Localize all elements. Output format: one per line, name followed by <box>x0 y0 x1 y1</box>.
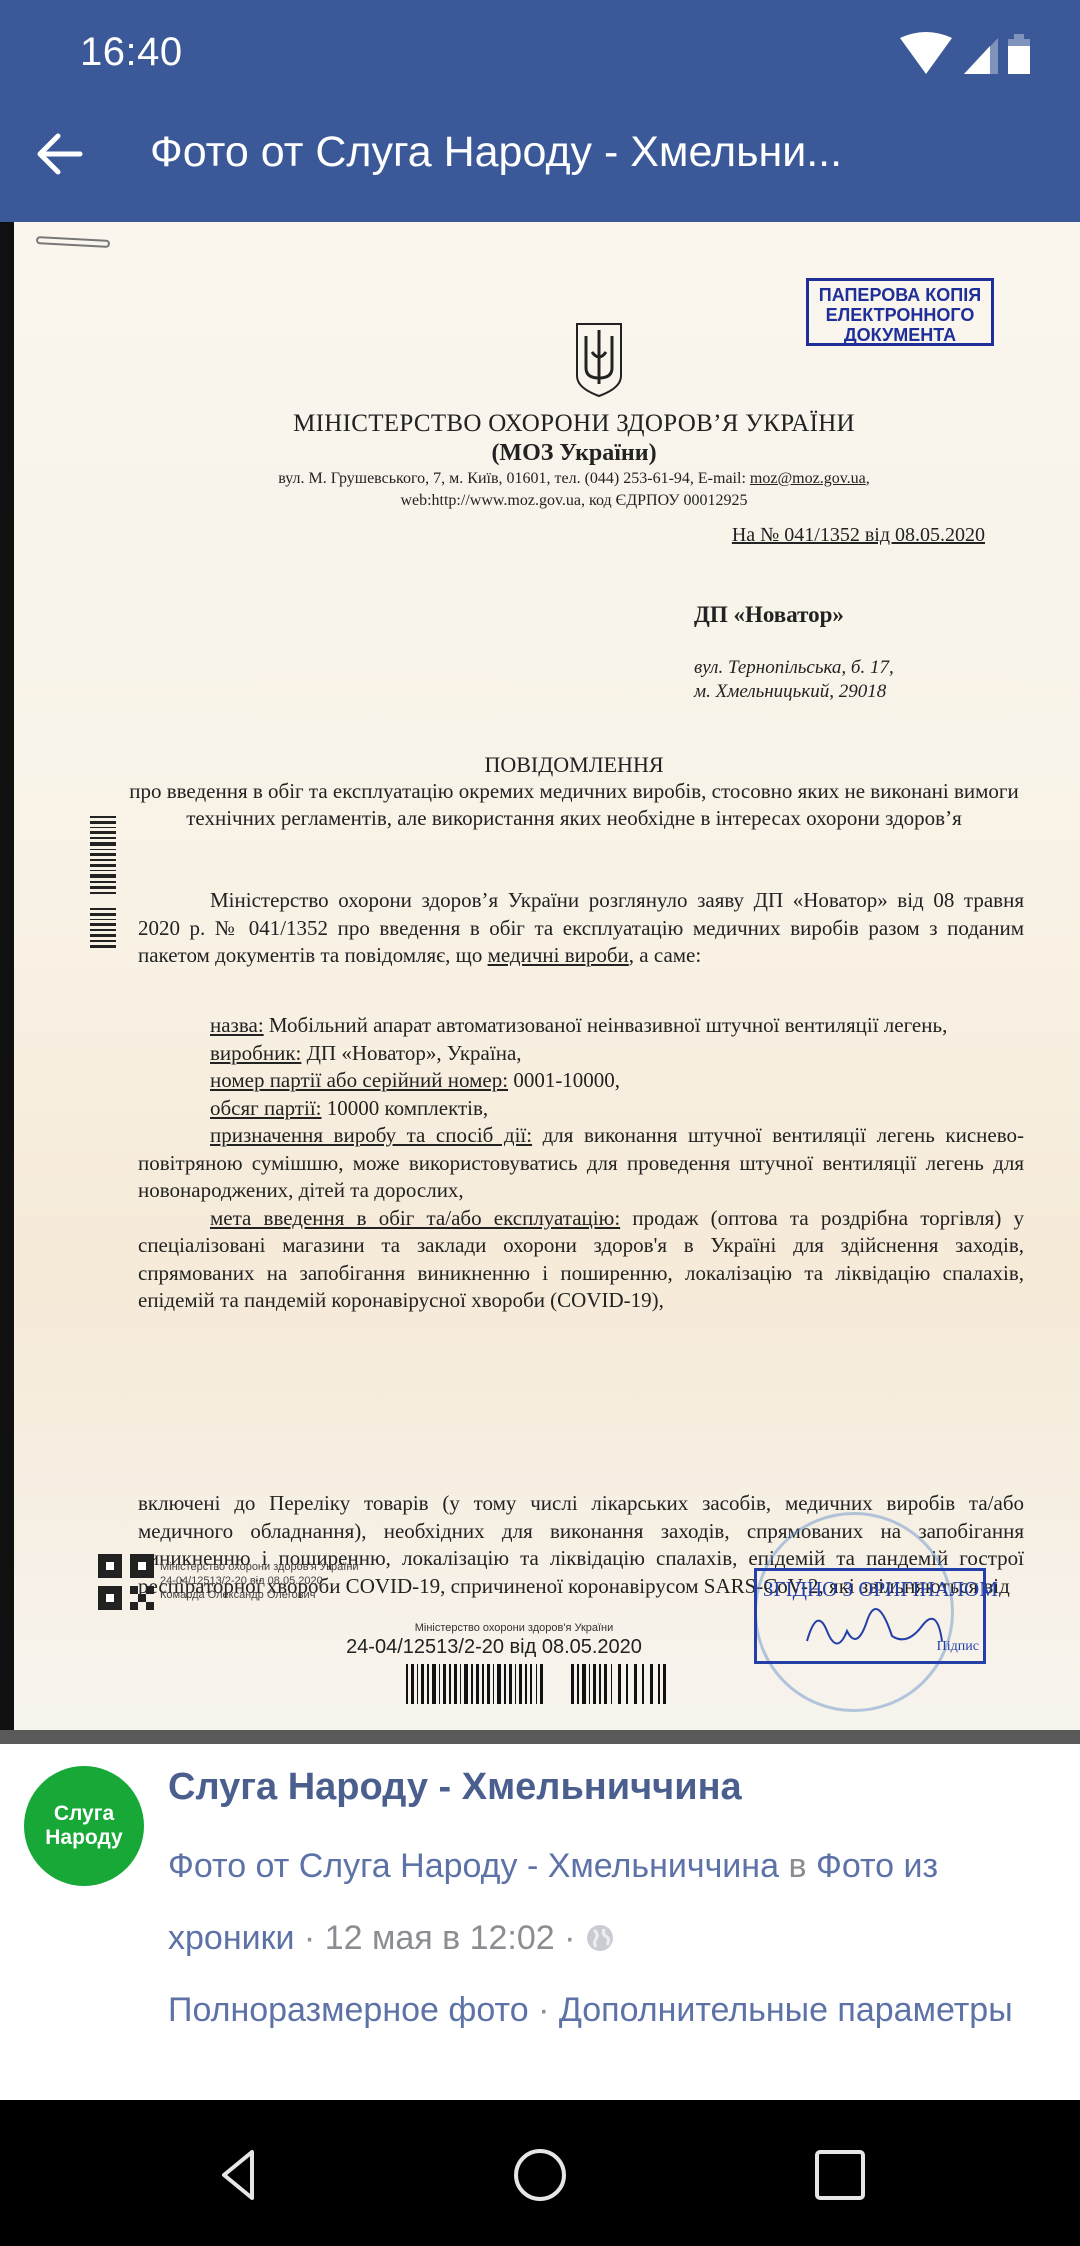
wifi-icon <box>900 32 952 74</box>
avatar[interactable]: Слуга Народу <box>24 1766 144 1886</box>
field-batch-size: обсяг партії: 10000 комплектів, <box>138 1095 1024 1123</box>
ministry-web: web:http://www.moz.gov.ua, код ЄДРПОУ 00… <box>124 492 1024 510</box>
app-bar: 16:40 Фото от Слуга Народу - Хмельни... <box>0 0 1080 222</box>
arrow-left-icon[interactable] <box>32 126 88 182</box>
registration-number: 24-04/12513/2-20 від 08.05.2020 <box>274 1636 714 1659</box>
full-size-photo-link[interactable]: Полноразмерное фото <box>168 1991 529 2029</box>
ministry-email: moz@moz.gov.ua <box>750 470 866 487</box>
field-batch-number: номер партії або серійний номер: 0001-10… <box>138 1067 1024 1095</box>
back-triangle-icon[interactable] <box>210 2144 270 2204</box>
post-meta: Фото от Слуга Народу - Хмельниччина в Фо… <box>168 1830 1048 2046</box>
more-options-link[interactable]: Дополнительные параметры <box>559 1991 1013 2029</box>
status-time: 16:40 <box>80 30 183 75</box>
status-icons <box>890 30 1050 76</box>
stamp-certified-copy: ЗГІДНО З ОРИГІНАЛОМ Підпис <box>754 1568 986 1664</box>
page-name-link[interactable]: Слуга Народу - Хмельниччина <box>168 1766 742 1809</box>
paper-clip-icon <box>36 236 110 248</box>
field-purpose: призначення виробу та спосіб дії: для ви… <box>138 1122 1024 1205</box>
notice-subtitle: про введення в обіг та експлуатацію окре… <box>124 778 1024 832</box>
stamp-paper-copy: ПАПЕРОВА КОПІЯ ЕЛЕКТРОННОГО ДОКУМЕНТА <box>806 278 994 346</box>
ministry-abbr: (МОЗ України) <box>124 440 1024 467</box>
document-photo: ПАПЕРОВА КОПІЯ ЕЛЕКТРОННОГО ДОКУМЕНТА МІ… <box>14 222 1080 1730</box>
ministry-name: МІНІСТЕРСТВО ОХОРОНИ ЗДОРОВ’Я УКРАЇНИ <box>124 410 1024 438</box>
photo-viewer[interactable]: ПАПЕРОВА КОПІЯ ЕЛЕКТРОННОГО ДОКУМЕНТА МІ… <box>0 222 1080 1744</box>
side-barcode-icon <box>54 812 124 952</box>
photo-background <box>0 222 14 1744</box>
signature-meta: Міністерство охорони здоров'я України 24… <box>160 1560 359 1602</box>
intro-paragraph: Міністерство охорони здоров’я України ро… <box>138 887 1024 970</box>
page-title: Фото от Слуга Народу - Хмельни... <box>150 128 842 177</box>
globe-icon <box>585 1923 615 1953</box>
recents-square-icon[interactable] <box>810 2144 870 2204</box>
post-timestamp[interactable]: 12 мая в 12:02 <box>325 1919 555 1957</box>
qr-code-icon <box>98 1554 154 1610</box>
registration-org: Міністерство охорони здоров'я України <box>314 1622 714 1634</box>
bottom-barcode-icon <box>406 1664 666 1704</box>
device-fields: назва: Мобільний апарат автоматизованої … <box>138 1012 1024 1315</box>
cell-signal-icon <box>964 38 998 74</box>
field-manufacturer: виробник: ДП «Новатор», Україна, <box>138 1040 1024 1068</box>
photo-bottom-edge <box>0 1730 1080 1744</box>
signature-icon <box>797 1601 947 1657</box>
field-name: назва: Мобільний апарат автоматизованої … <box>138 1012 1024 1040</box>
battery-icon <box>1008 34 1030 74</box>
trident-icon <box>574 322 624 398</box>
ministry-address: вул. М. Грушевського, 7, м. Київ, 01601,… <box>124 470 1024 488</box>
field-circulation-goal: мета введення в обіг та/або експлуатацію… <box>138 1205 1024 1315</box>
recipient-address: вул. Тернопільська, б. 17, м. Хмельницьк… <box>694 656 894 704</box>
system-nav-bar <box>0 2100 1080 2246</box>
home-circle-icon[interactable] <box>510 2144 570 2204</box>
reference-number: На № 041/1352 від 08.05.2020 <box>732 524 985 547</box>
recipient: ДП «Новатор» <box>694 602 844 628</box>
post-info: Слуга Народу Слуга Народу - Хмельниччина… <box>0 1744 1080 2100</box>
photo-link[interactable]: Фото от Слуга Народу - Хмельниччина <box>168 1847 779 1885</box>
notice-title: ПОВІДОМЛЕННЯ <box>124 752 1024 778</box>
